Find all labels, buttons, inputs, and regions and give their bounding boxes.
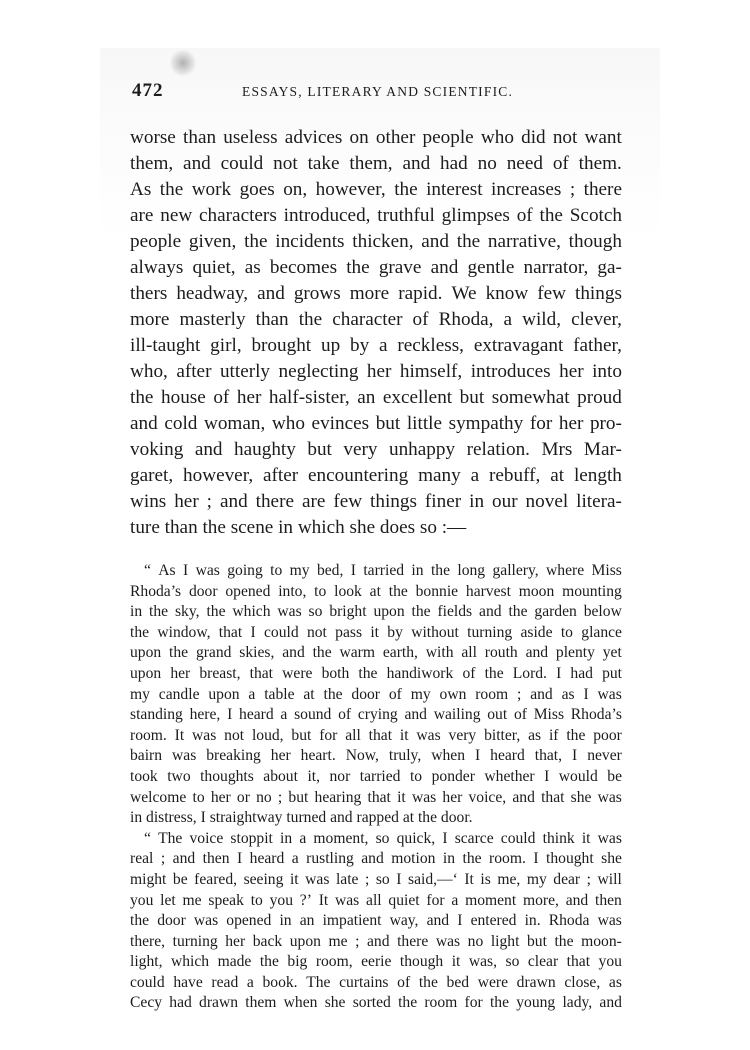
text-line: them,andcouldnottakethem,andhadnoneedoft… [130, 151, 622, 177]
text-line: thehouseofherhalf-sister,anexcellentbuts… [130, 385, 622, 411]
quote-paragraph-1: “AsIwasgoingtomybed,Itarriedinthelonggal… [130, 561, 622, 829]
text-line: who,afterutterlyneglectingherhimself,int… [130, 359, 622, 385]
body-paragraph: worsethanuselessadvicesonotherpeoplewhod… [130, 125, 622, 541]
text-line: peoplegiven,theincidentsthicken,andthena… [130, 229, 622, 255]
text-line: uponthegrandskies,andthewarmearth,withal… [130, 643, 622, 664]
text-line: mycandleuponatableatthedoorofmyownroom;a… [130, 685, 622, 706]
text-line: thersheadway,andgrowsmorerapid.Weknowfew… [130, 281, 622, 307]
text-line: uponherbreast,thatwereboththehandiworkof… [130, 664, 622, 685]
text-line: thewindow,thatIcouldnotpassitbywithouttu… [130, 623, 622, 644]
text-line: arenewcharactersintroduced,truthfulglimp… [130, 203, 622, 229]
text-line: welcometoherorno;buthearingthatitwasherv… [130, 788, 622, 809]
text-line: alwaysquiet,asbecomesthegraveandgentlena… [130, 255, 622, 281]
text-line: andcoldwoman,whoevincesbutlittlesympathy… [130, 411, 622, 437]
running-title: ESSAYS, LITERARY AND SCIENTIFIC. [242, 84, 513, 100]
text-line: inthesky,thewhichwassobrightuponthefield… [130, 602, 622, 623]
text-line: moremasterlythanthecharacterofRhoda,awil… [130, 307, 622, 333]
text-line: mightbefeared,seeingitwaslate;soIsaid,—‘… [130, 870, 622, 891]
text-line: real;andthenIheardarustlingandmotioninth… [130, 849, 622, 870]
text-line: bairnwasbreakingherheart.Now,truly,whenI… [130, 746, 622, 767]
ink-smudge [170, 50, 196, 76]
text-line: winsher;andtherearefewthingsfinerinourno… [130, 489, 622, 515]
text-line: youletmespeaktoyou?’Itwasallquietforamom… [130, 891, 622, 912]
text-line: thedoorwasopenedinanimpatientway,andIent… [130, 911, 622, 932]
text-line: standinghere,Iheardasoundofcryingandwail… [130, 705, 622, 726]
text-line: Cecyhaddrawnthemwhenshesortedtheroomfort… [130, 993, 622, 1014]
text-line: ture than the scene in which she does so… [130, 515, 622, 541]
book-page: 472 ESSAYS, LITERARY AND SCIENTIFIC. wor… [130, 78, 622, 1014]
text-line: in distress, I straightway turned and ra… [130, 808, 622, 829]
text-line: couldhavereadabook.Thecurtainsofthebedwe… [130, 973, 622, 994]
block-quote: “AsIwasgoingtomybed,Itarriedinthelonggal… [130, 561, 622, 1014]
text-line: tooktwothoughtsaboutit,nortarriedtoponde… [130, 767, 622, 788]
page-number: 472 [132, 80, 164, 102]
text-line: worsethanuselessadvicesonotherpeoplewhod… [130, 125, 622, 151]
text-line: vokingandhaughtybutveryunhappyrelation.M… [130, 437, 622, 463]
text-line: Astheworkgoeson,however,theinterestincre… [130, 177, 622, 203]
text-line: “Thevoicestoppitinamoment,soquick,Iscarc… [130, 829, 622, 850]
text-line: “AsIwasgoingtomybed,Itarriedinthelonggal… [130, 561, 622, 582]
text-line: light,whichmadethebigroom,eeriethoughitw… [130, 952, 622, 973]
text-line: room.Itwasnotloud,butforallthatitwasvery… [130, 726, 622, 747]
text-line: garet,however,afterencounteringmanyarebu… [130, 463, 622, 489]
quote-paragraph-2: “Thevoicestoppitinamoment,soquick,Iscarc… [130, 829, 622, 1014]
text-line: Rhoda’sdooropenedinto,tolookatthebonnieh… [130, 582, 622, 603]
running-head: 472 ESSAYS, LITERARY AND SCIENTIFIC. [130, 78, 622, 106]
text-line: ill-taughtgirl,broughtupbyareckless,extr… [130, 333, 622, 359]
text-line: there,turningherbackuponme;andtherewasno… [130, 932, 622, 953]
